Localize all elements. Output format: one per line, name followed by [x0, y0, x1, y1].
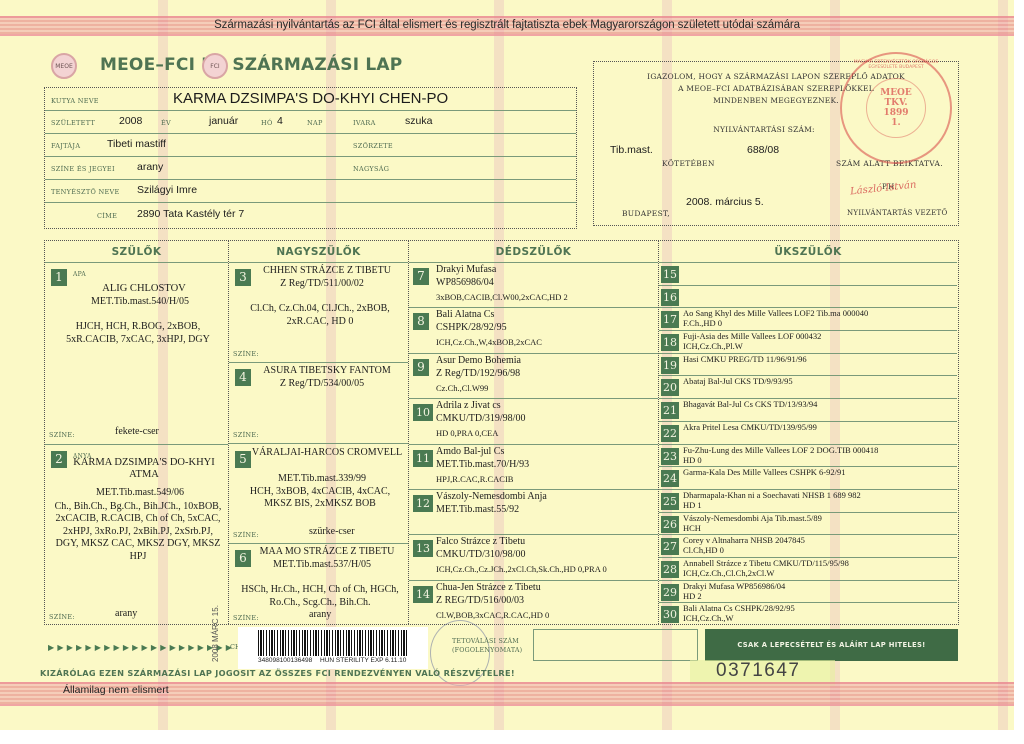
great-great-grandparent-titles: HD 2 — [683, 591, 702, 602]
great-great-grandparent-titles: Cl.Ch,HD 0 — [683, 545, 724, 556]
parent-name: ALIG CHLOSTOV — [69, 283, 219, 296]
great-great-grandparent-titles: HD 1 — [683, 500, 702, 511]
great-grandparent-registration: MET.Tib.mast.55/92 — [436, 504, 519, 517]
great-great-grandparent-cell: 16 — [659, 286, 957, 309]
born-label: SZÜLETETT — [51, 119, 95, 127]
great-great-grandparent-name: Vászoly-Nemesdombi Aja Tib.mast.5/89 — [683, 513, 822, 524]
entry-number-badge: 29 — [661, 584, 679, 601]
sex-label: IVARA — [353, 119, 376, 127]
great-great-grandparent-cell: 27Corey v Altnaharra NHSB 2047845Cl.Ch,H… — [659, 535, 957, 558]
great-great-grandparent-cell: 19Hasi CMKU PREG/TD 11/96/91/96 — [659, 354, 957, 377]
document-title: MEOE–FCI EB SZÁRMAZÁSI LAP — [100, 55, 402, 75]
size-label: NAGYSÁG — [353, 165, 389, 173]
grandparent-cell: 6MAA MO STRÁZCE Z TIBETUMET.Tib.mast.537… — [229, 544, 408, 626]
signer-title: NYILVÁNTARTÁS VEZETŐ — [847, 209, 948, 217]
grandparent-cell: 3CHHEN STRÁZCE Z TIBETUZ Reg/TD/511/00/0… — [229, 263, 408, 363]
dog-color: arany — [137, 161, 163, 173]
grandparent-name: VÁRALJAI-HARCOS CROMVELL — [251, 447, 403, 460]
tattoo-label: TETOVÁLÁSI SZÁM (FOGOLENYOMATA) — [452, 637, 522, 655]
pedigree-certificate: Származási nyilvántartás az FCI által el… — [0, 0, 1014, 730]
great-great-grandparent-cell: 18Fuji-Asia des Mille Vallees LOF 000432… — [659, 331, 957, 354]
address-label: CÍME — [97, 212, 117, 220]
great-grandparent-name: Asur Demo Bohemia — [436, 355, 521, 368]
parent-role: APA — [73, 271, 86, 278]
info-row-name: KUTYA NEVE KARMA DZSIMPA'S DO-KHYI CHEN-… — [45, 88, 576, 111]
entry-number-badge: 23 — [661, 448, 679, 465]
entry-number-badge: 8 — [413, 313, 429, 330]
great-grandparent-cell: 9Asur Demo BohemiaZ Reg/TD/192/96/98Cz.C… — [409, 354, 658, 399]
entry-number-badge: 28 — [661, 561, 679, 578]
chip-number: 348098100136498 — [258, 657, 312, 664]
parent-cell-anya: 2ANYAKARMA DZSIMPA'S DO-KHYI ATMAMET.Tib… — [45, 445, 228, 627]
chip-extra: HUN STERILITY EXP 6.11.10 — [320, 657, 406, 664]
great-grandparent-cell: 14Chua-Jen Strázce z TibetuZ REG/TD/516/… — [409, 581, 658, 626]
parent-titles: HJCH, HCH, R.BOG, 2xBOB, 5xR.CACIB, 7xCA… — [53, 321, 223, 346]
registry-number: 688/08 — [747, 144, 779, 156]
parent-titles: Ch., Bih.Ch., Bg.Ch., Bih.JCh., 10xBOB, … — [53, 501, 223, 564]
grandparent-name: ASURA TIBETSKY FANTOM — [251, 365, 403, 378]
color-label: SZÍNE: — [233, 614, 259, 622]
month-label: HÓ — [261, 119, 273, 127]
great-grandparent-registration: Z Reg/TD/192/96/98 — [436, 368, 520, 381]
great-grandparent-name: Bali Alatna Cs — [436, 309, 494, 322]
column-great-great-grandparents: ÜKSZÜLŐK 151617Ao Sang Khyl des Mille Va… — [659, 241, 957, 624]
great-grandparent-name: Falco Strázce z Tibetu — [436, 536, 525, 549]
info-row-birth: SZÜLETETT 2008 ÉV január HÓ 4 NAP IVARA … — [45, 111, 576, 134]
great-grandparent-registration: CSHPK/28/92/95 — [436, 322, 507, 335]
parent-color: fekete-cser — [115, 426, 159, 437]
year-label: ÉV — [161, 119, 171, 127]
parent-registration: MET.Tib.mast.549/06 — [55, 487, 225, 500]
state-recognition-note: Államilag nem elismert — [63, 684, 169, 696]
participation-notice: KIZÁRÓLAG EZEN SZÁRMAZÁSI LAP JOGOSIT AZ… — [40, 668, 515, 678]
entry-number-badge: 7 — [413, 268, 429, 285]
great-great-grandparent-cell: 30Bali Alatna Cs CSHPK/28/92/95ICH,Cz.Ch… — [659, 603, 957, 626]
grandparent-registration: MET.Tib.mast.339/99 — [237, 473, 407, 486]
great-great-grandparent-name: Abataj Bal-Jul CKS TD/9/93/95 — [683, 376, 793, 387]
great-great-grandparent-titles: HCH — [683, 523, 701, 534]
great-great-grandparent-titles: ICH,Cz.Ch.,Cl.Ch,2xCl.W — [683, 568, 774, 579]
color-label: SZÍNE: — [233, 350, 259, 358]
great-grandparent-registration: CMKU/TD/319/98/00 — [436, 413, 525, 426]
parent-cell-apa: 1APAALIG CHLOSTOVMET.Tib.mast.540/H/05HJ… — [45, 263, 228, 445]
great-great-grandparent-cell: 28Annabell Strázce z Tibetu CMKU/TD/115/… — [659, 558, 957, 581]
parent-color: arany — [115, 608, 137, 619]
coat-label: SZŐRZETE — [353, 142, 393, 150]
great-great-grandparent-name: Annabell Strázce z Tibetu CMKU/TD/115/95… — [683, 558, 849, 569]
entry-number-badge: 25 — [661, 493, 679, 510]
grandparent-registration: Z Reg/TD/534/00/05 — [237, 378, 407, 391]
great-grandparent-name: Chua-Jen Strázce z Tibetu — [436, 582, 541, 595]
great-great-grandparent-name: Akra Pritel Lesa CMKU/TD/139/95/99 — [683, 422, 817, 433]
volume-label: KÖTETÉBEN — [662, 159, 715, 168]
dog-breed: Tibeti mastiff — [107, 138, 166, 150]
great-grandparent-titles: ICH,Cz.Ch.,Cz.JCh.,2xCl.Ch,Sk.Ch.,HD 0,P… — [436, 564, 607, 575]
header-grandparents: NAGYSZÜLŐK — [229, 241, 408, 263]
great-great-grandparent-titles: HD 0 — [683, 455, 702, 466]
great-great-grandparent-titles: ICH,Cz.Ch.,W — [683, 613, 734, 624]
serial-number: 0371647 — [716, 660, 800, 682]
great-great-grandparent-cell: 15 — [659, 263, 957, 286]
info-row-address: CÍME 2890 Tata Kastély tér 7 — [45, 203, 576, 226]
great-grandparent-registration: MET.Tib.mast.70/H/93 — [436, 459, 529, 472]
great-great-grandparent-cell: 24Garma-Kala Des Mille Vallees CSHPK 6-9… — [659, 467, 957, 490]
grandparent-color: szürke-cser — [309, 526, 355, 537]
authenticity-banner: CSAK A LEPECSÉTELT ÉS ALÁÍRT LAP HITELES… — [705, 629, 958, 661]
column-great-grandparents: DÉDSZÜLŐK 7Drakyi MufasaWP856986/043xBOB… — [409, 241, 659, 624]
entry-number-badge: 20 — [661, 379, 679, 396]
great-grandparent-cell: 12Vászoly-Nemesdombi AnjaMET.Tib.mast.55… — [409, 490, 658, 535]
chip-barcode-sticker: 348098100136498 HUN STERILITY EXP 6.11.1… — [238, 627, 428, 669]
breeder-name: Szilágyi Imre — [137, 184, 197, 196]
column-parents: SZÜLŐK 1APAALIG CHLOSTOVMET.Tib.mast.540… — [45, 241, 229, 624]
entry-number-badge: 5 — [235, 451, 251, 468]
great-great-grandparent-name: Garma-Kala Des Mille Vallees CSHPK 6-92/… — [683, 467, 846, 478]
great-great-grandparent-name: Dharmapala-Khan ni a Soechavati NHSB 1 6… — [683, 490, 861, 501]
color-label: SZÍNE ÉS JEGYEI — [51, 165, 115, 173]
great-great-grandparent-titles: ICH,Cz.Ch.,Pl.W — [683, 341, 743, 352]
entry-number-badge: 16 — [661, 289, 679, 306]
column-grandparents: NAGYSZÜLŐK 3CHHEN STRÁZCE Z TIBETUZ Reg/… — [229, 241, 409, 624]
great-great-grandparent-titles: F.Ch.,HD 0 — [683, 318, 722, 329]
great-grandparent-name: Amdo Bal-jul Cs — [436, 446, 504, 459]
great-great-grandparent-name: Hasi CMKU PREG/TD 11/96/91/96 — [683, 354, 807, 365]
great-grandparent-titles: HPJ,R.CAC,R.CACIB — [436, 474, 513, 485]
chip-arrows-icon: ▶▶▶▶▶▶▶▶▶▶▶▶▶▶▶▶▶▶▶▶ — [48, 643, 235, 652]
entry-number-badge: 13 — [413, 540, 433, 557]
entry-number-badge: 17 — [661, 311, 679, 328]
great-grandparent-registration: CMKU/TD/310/98/00 — [436, 549, 525, 562]
grandparent-name: MAA MO STRÁZCE Z TIBETU — [251, 546, 403, 559]
info-row-breed: FAJTÁJA Tibeti mastiff SZŐRZETE — [45, 134, 576, 157]
header-great-grandparents: DÉDSZÜLŐK — [409, 241, 658, 263]
great-grandparent-titles: Cl.W,BOB,3xCAC,R.CAC,HD 0 — [436, 610, 549, 621]
great-great-grandparent-name: Bhagavát Bal-Jul Cs CKS TD/13/93/94 — [683, 399, 817, 410]
city-label: BUDAPEST, — [622, 209, 670, 218]
official-stamp-icon: MAGYAR EBTENYÉSZTŐK ORSZÁGOS EGYESÜLETE … — [840, 52, 952, 164]
fci-seal-icon: FCI — [202, 53, 228, 79]
entry-number-badge: 9 — [413, 359, 429, 376]
great-grandparent-titles: Cz.Ch.,Cl.W99 — [436, 383, 488, 394]
great-grandparent-cell: 11Amdo Bal-jul CsMET.Tib.mast.70/H/93HPJ… — [409, 445, 658, 490]
entry-number-badge: 19 — [661, 357, 679, 374]
dog-sex: szuka — [405, 115, 432, 127]
grandparent-titles: Cl.Ch, Cz.Ch.04, Cl.JCh., 2xBOB, 2xR.CAC… — [235, 303, 405, 328]
entry-number-badge: 22 — [661, 425, 679, 442]
registration-label: NYILVÁNTARTÁSI SZÁM: — [664, 125, 864, 134]
great-grandparent-registration: Z REG/TD/516/00/03 — [436, 595, 524, 608]
born-day: 4 — [277, 115, 283, 127]
grandparent-registration: MET.Tib.mast.537/H/05 — [237, 559, 407, 572]
color-label: SZÍNE: — [233, 431, 259, 439]
great-great-grandparent-name: Ao Sang Khyl des Mille Vallees LOF2 Tib.… — [683, 308, 868, 319]
parent-name: KARMA DZSIMPA'S DO-KHYI ATMA — [69, 457, 219, 482]
entry-number-badge: 18 — [661, 334, 679, 351]
issue-date: 2008. március 5. — [686, 196, 764, 208]
entry-number-badge: 11 — [413, 450, 433, 467]
entry-number-badge: 21 — [661, 402, 679, 419]
great-grandparent-titles: ICH,Cz.Ch.,W,4xBOB,2xCAC — [436, 337, 542, 348]
grandparent-cell: 5VÁRALJAI-HARCOS CROMVELLMET.Tib.mast.33… — [229, 445, 408, 545]
dog-info-section: KUTYA NEVE KARMA DZSIMPA'S DO-KHYI CHEN-… — [44, 87, 577, 229]
great-grandparent-name: Drakyi Mufasa — [436, 264, 496, 277]
entry-number-badge: 15 — [661, 266, 679, 283]
breeder-address: 2890 Tata Kastély tér 7 — [137, 208, 244, 220]
breed-label: FAJTÁJA — [51, 142, 80, 150]
great-great-grandparent-cell: 17Ao Sang Khyl des Mille Vallees LOF2 Ti… — [659, 308, 957, 331]
great-great-grandparent-name: Drakyi Mufasa WP856986/04 — [683, 581, 785, 592]
breeder-label: TENYÉSZTŐ NEVE — [51, 188, 120, 196]
meoe-seal-icon: MEOE — [51, 53, 77, 79]
great-great-grandparent-name: Bali Alatna Cs CSHPK/28/92/95 — [683, 603, 795, 614]
great-great-grandparent-cell: 29Drakyi Mufasa WP856986/04HD 2 — [659, 581, 957, 604]
entry-number-badge: 14 — [413, 586, 433, 603]
great-grandparent-cell: 13Falco Strázce z TibetuCMKU/TD/310/98/0… — [409, 535, 658, 580]
pedigree-table: SZÜLŐK 1APAALIG CHLOSTOVMET.Tib.mast.540… — [44, 240, 959, 625]
great-grandparent-titles: 3xBOB,CACIB,Cl.W00,2xCAC,HD 2 — [436, 292, 568, 303]
registry-banner: Származási nyilvántartás az FCI által el… — [0, 19, 1014, 31]
info-row-breeder: TENYÉSZTŐ NEVE Szilágyi Imre — [45, 180, 576, 203]
great-great-grandparent-cell: 25Dharmapala-Khan ni a Soechavati NHSB 1… — [659, 490, 957, 513]
header-parents: SZÜLŐK — [45, 241, 228, 263]
great-grandparent-name: Adrila z Jivat cs — [436, 400, 501, 413]
entry-number-badge: 27 — [661, 538, 679, 555]
header-great-great-grandparents: ÜKSZÜLŐK — [659, 241, 957, 263]
grandparent-titles: HCH, 3xBOB, 4xCACIB, 4xCAC, MKSZ BIS, 2x… — [235, 486, 405, 511]
born-month: január — [209, 115, 238, 127]
day-label: NAP — [307, 119, 323, 127]
tattoo-field — [533, 629, 698, 661]
great-great-grandparent-name: Fuji-Asia des Mille Vallees LOF 000432 — [683, 331, 821, 342]
great-grandparent-cell: 8Bali Alatna CsCSHPK/28/92/95ICH,Cz.Ch.,… — [409, 308, 658, 353]
grandparent-registration: Z Reg/TD/511/00/02 — [237, 278, 407, 291]
grandparent-name: CHHEN STRÁZCE Z TIBETU — [251, 265, 403, 278]
great-grandparent-titles: HD 0,PRA 0,CEA — [436, 428, 498, 439]
great-great-grandparent-cell: 23Fu-Zhu-Lung des Mille Vallees LOF 2 DO… — [659, 445, 957, 468]
great-great-grandparent-name: Fu-Zhu-Lung des Mille Vallees LOF 2 DOG.… — [683, 445, 878, 456]
info-row-color: SZÍNE ÉS JEGYEI arany NAGYSÁG — [45, 157, 576, 180]
great-grandparent-cell: 7Drakyi MufasaWP856986/043xBOB,CACIB,Cl.… — [409, 263, 658, 308]
great-great-grandparent-cell: 22Akra Pritel Lesa CMKU/TD/139/95/99 — [659, 422, 957, 445]
grandparent-color: arany — [309, 609, 331, 620]
entry-number-badge: 2 — [51, 451, 67, 468]
color-label: SZÍNE: — [233, 531, 259, 539]
great-great-grandparent-cell: 20Abataj Bal-Jul CKS TD/9/93/95 — [659, 376, 957, 399]
grandparent-cell: 4ASURA TIBETSKY FANTOMZ Reg/TD/534/00/05… — [229, 363, 408, 445]
barcode-icon — [258, 630, 408, 656]
entry-number-badge: 26 — [661, 516, 679, 533]
great-great-grandparent-cell: 26Vászoly-Nemesdombi Aja Tib.mast.5/89HC… — [659, 513, 957, 536]
date-stamp: 2008 MÁRC 15. — [211, 605, 220, 662]
great-great-grandparent-name: Corey v Altnaharra NHSB 2047845 — [683, 535, 805, 546]
dog-name: KARMA DZSIMPA'S DO-KHYI CHEN-PO — [173, 90, 448, 107]
grandparent-titles: HSCh, Hr.Ch., HCH, Ch of Ch, HGCh, Ro.Ch… — [235, 584, 405, 609]
name-label: KUTYA NEVE — [51, 97, 99, 105]
entry-number-badge: 1 — [51, 269, 67, 286]
parent-registration: MET.Tib.mast.540/H/05 — [55, 296, 225, 309]
entry-number-badge: 12 — [413, 495, 433, 512]
great-grandparent-name: Vászoly-Nemesdombi Anja — [436, 491, 547, 504]
color-label: SZÍNE: — [49, 613, 75, 621]
entry-number-badge: 10 — [413, 404, 433, 421]
color-label: SZÍNE: — [49, 431, 75, 439]
great-grandparent-registration: WP856986/04 — [436, 277, 494, 290]
entry-number-badge: 30 — [661, 606, 679, 623]
registry-volume: Tib.mast. — [610, 144, 653, 156]
great-grandparent-cell: 10Adrila z Jivat csCMKU/TD/319/98/00HD 0… — [409, 399, 658, 444]
great-great-grandparent-cell: 21Bhagavát Bal-Jul Cs CKS TD/13/93/94 — [659, 399, 957, 422]
entry-number-badge: 24 — [661, 470, 679, 487]
born-year: 2008 — [119, 115, 142, 127]
